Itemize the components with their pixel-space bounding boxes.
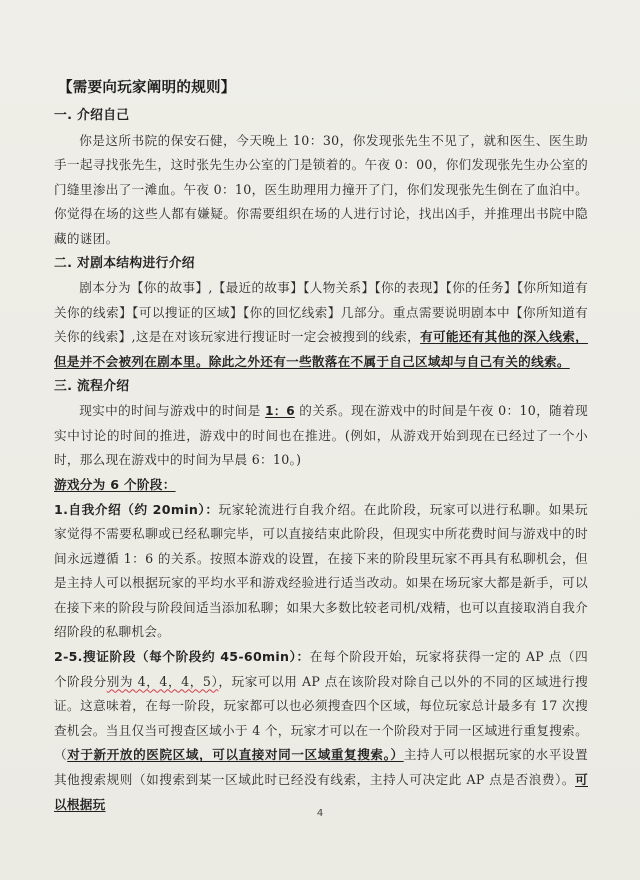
section-paragraph-intro: 你是这所书院的保安石健，今天晚上 10：30，你发现张先生不见了，就和医生、医生… [54,129,588,252]
stage-1-paragraph: 1.自我介绍（约 20min）：玩家轮流进行自我介绍。在此阶段，玩家可以进行私聊… [54,498,588,646]
section-heading-structure: 二. 对剧本结构进行介绍 [54,252,588,277]
document-page: 【需要向玩家阐明的规则】 一. 介绍自己 你是这所书院的保安石健，今天晚上 10… [0,0,640,880]
section-heading-intro: 一. 介绍自己 [54,104,588,129]
stage-1-text: 玩家轮流进行自我介绍。在此阶段，玩家可以进行私聊。如果玩家觉得不需要私聊或已经私… [54,502,588,640]
section-paragraph-structure: 剧本分为【你的故事】,【最近的故事】【人物关系】【你的表现】【你的任务】【你所知… [54,276,588,374]
stage-2-5-paragraph: 2-5.搜证阶段（每个阶段约 45-60min）：在每个阶段开始，玩家将获得一定… [54,645,588,817]
ap-values-red-annotation: 别为 4，4，4，5） [107,674,219,689]
section-paragraph-process: 现实中的时间与游戏中的时间是 1：6 的关系。现在游戏中的时间是午夜 0：10，… [54,399,588,473]
page-title: 【需要向玩家阐明的规则】 [58,74,588,102]
time-ratio: 1：6 [265,404,295,418]
section-heading-process: 三. 流程介绍 [54,375,588,400]
hospital-rule-emphasis: 对于新开放的医院区域，可以直接对同一区域重复搜索。） [67,747,404,762]
document-body: 【需要向玩家阐明的规则】 一. 介绍自己 你是这所书院的保安石健，今天晚上 10… [54,74,588,817]
stages-heading: 游戏分为 6 个阶段： [54,473,588,498]
stage-2-5-label: 2-5.搜证阶段（每个阶段约 45-60min）： [54,649,310,664]
process-text-pre: 现实中的时间与游戏中的时间是 [79,403,265,418]
stage-1-label: 1.自我介绍（约 20min）： [54,502,219,517]
page-number: 4 [0,808,640,819]
